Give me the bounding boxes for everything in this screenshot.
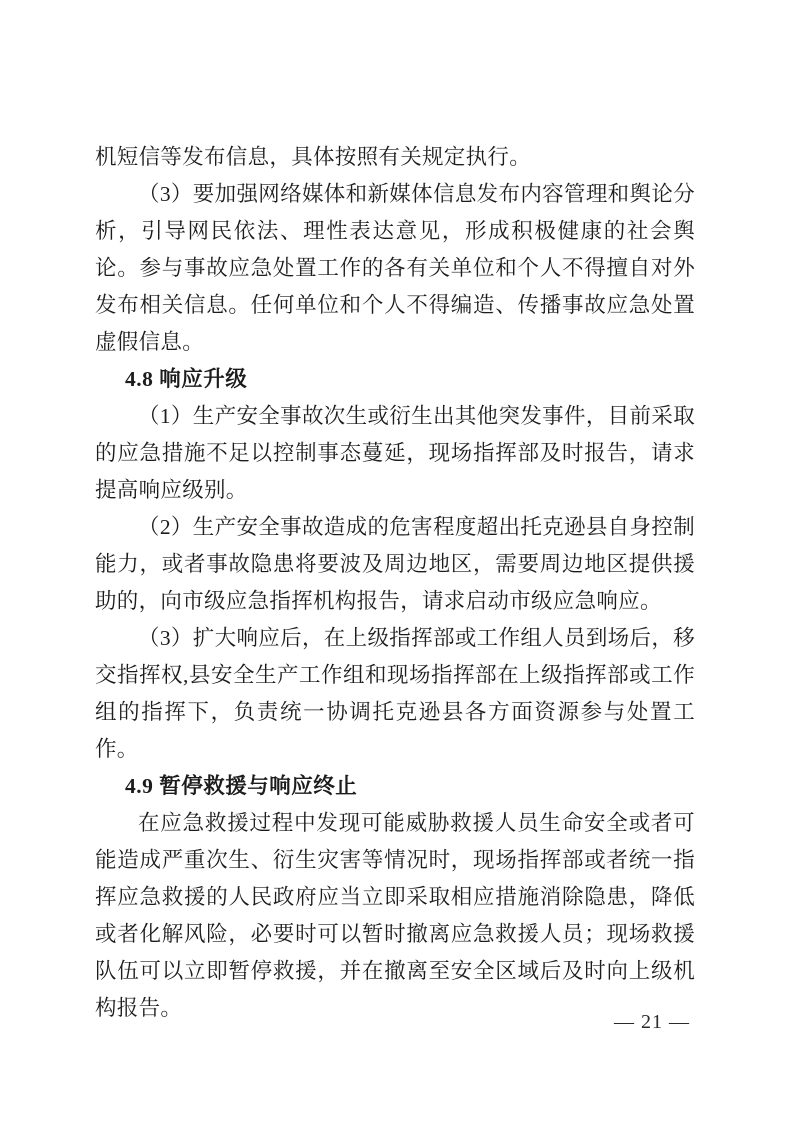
document-body: 机短信等发布信息，具体按照有关规定执行。 （3）要加强网络媒体和新媒体信息发布内… bbox=[95, 139, 695, 1027]
paragraph-4-8-item-2: （2）生产安全事故造成的危害程度超出托克逊县自身控制能力，或者事故隐患将要波及周… bbox=[95, 509, 695, 620]
section-heading-4-8: 4.8 响应升级 bbox=[95, 361, 695, 398]
paragraph-info-release: （3）要加强网络媒体和新媒体信息发布内容管理和舆论分析，引导网民依法、理性表达意… bbox=[95, 176, 695, 361]
paragraph-4-8-item-3: （3）扩大响应后，在上级指挥部或工作组人员到场后，移交指挥权,县安全生产工作组和… bbox=[95, 620, 695, 768]
paragraph-continuation: 机短信等发布信息，具体按照有关规定执行。 bbox=[95, 139, 695, 176]
paragraph-4-8-item-1: （1）生产安全事故次生或衍生出其他突发事件，目前采取的应急措施不足以控制事态蔓延… bbox=[95, 398, 695, 509]
page-number: — 21 — bbox=[614, 1011, 690, 1034]
document-page: 机短信等发布信息，具体按照有关规定执行。 （3）要加强网络媒体和新媒体信息发布内… bbox=[0, 0, 790, 1122]
section-heading-4-9: 4.9 暂停救援与响应终止 bbox=[95, 768, 695, 805]
paragraph-4-9-body: 在应急救援过程中发现可能威胁救援人员生命安全或者可能造成严重次生、衍生灾害等情况… bbox=[95, 805, 695, 1027]
